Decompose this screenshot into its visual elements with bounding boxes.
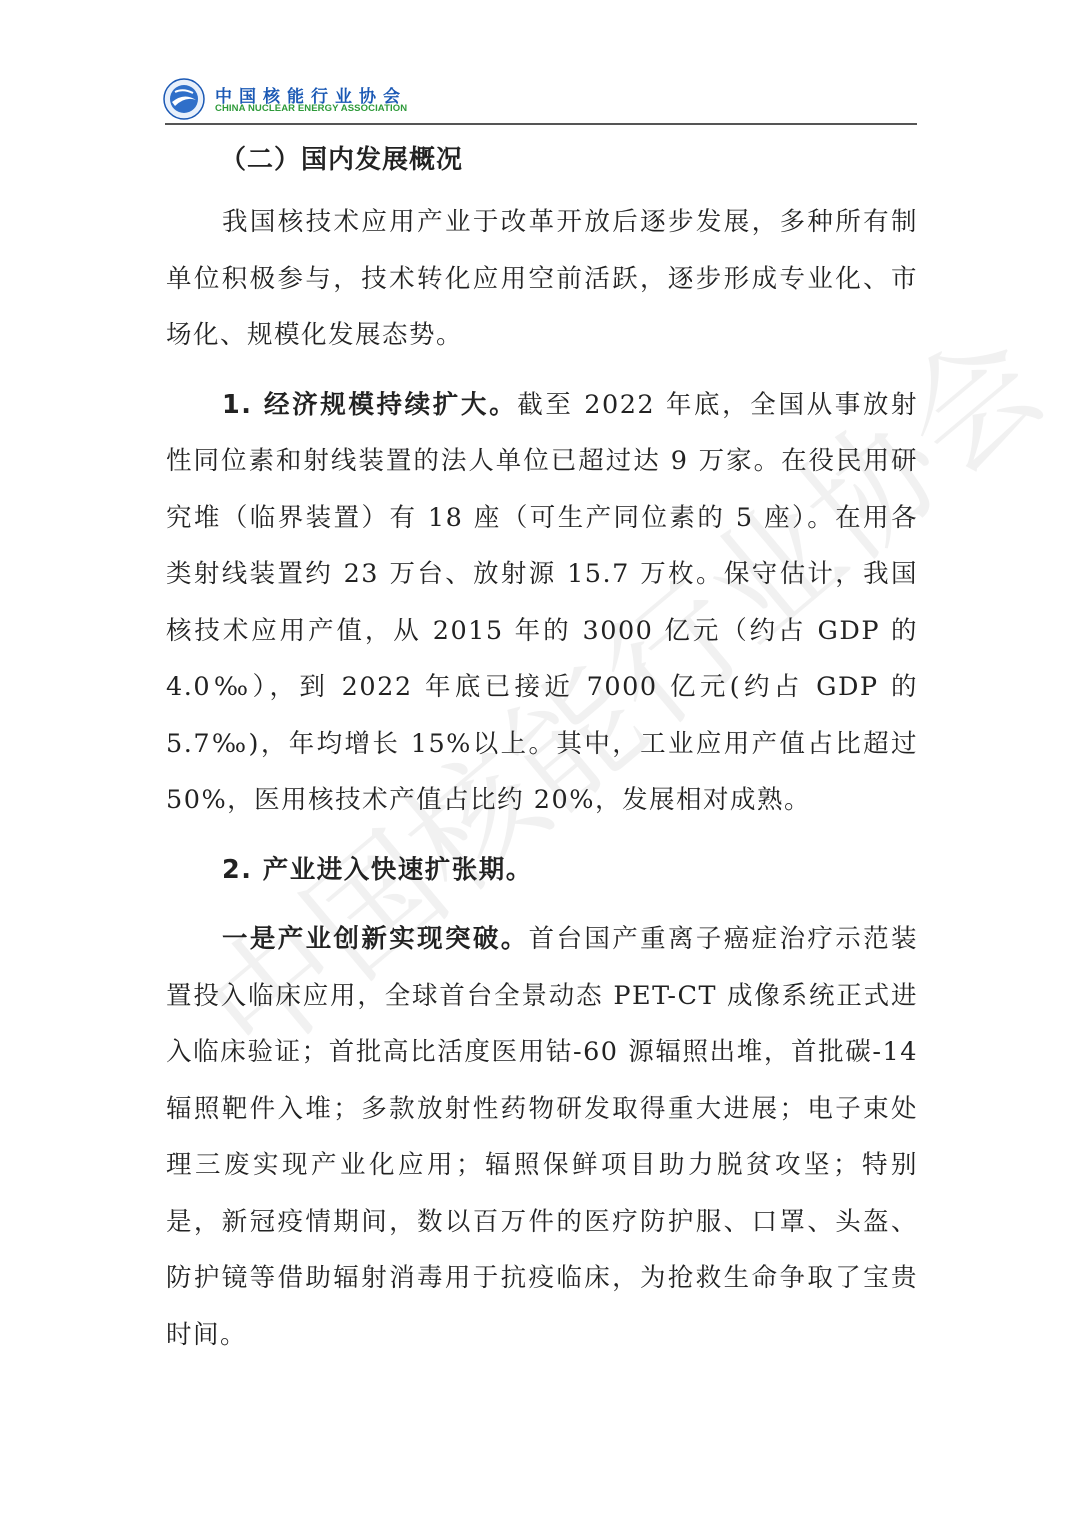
org-name-en: CHINA NUCLEAR ENERGY ASSOCIATION [215, 103, 407, 114]
document-body: （二）国内发展概况 我国核技术应用产业于改革开放后逐步发展，多种所有制单位积极参… [166, 138, 918, 1363]
page-header: 中国核能行业协会 CHINA NUCLEAR ENERGY ASSOCIATIO… [163, 76, 918, 124]
intro-paragraph: 我国核技术应用产业于改革开放后逐步发展，多种所有制单位积极参与，技术转化应用空前… [166, 194, 918, 364]
point1-paragraph: 1. 经济规模持续扩大。截至 2022 年底，全国从事放射性同位素和射线装置的法… [166, 377, 918, 829]
point2a-heading: 一是产业创新实现突破。 [222, 924, 529, 954]
point2-paragraph: 2. 产业进入快速扩张期。 [166, 842, 918, 899]
cnea-globe-logo-icon [163, 78, 205, 120]
header-divider [165, 123, 917, 125]
point1-heading: 1. 经济规模持续扩大。 [222, 390, 517, 420]
point2a-paragraph: 一是产业创新实现突破。首台国产重离子癌症治疗示范装置投入临床应用，全球首台全景动… [166, 911, 918, 1363]
point2a-body: 首台国产重离子癌症治疗示范装置投入临床应用，全球首台全景动态 PET-CT 成像… [166, 924, 918, 1350]
point1-body: 截至 2022 年底，全国从事放射性同位素和射线装置的法人单位已超过达 9 万家… [166, 390, 918, 816]
point2-heading: 2. 产业进入快速扩张期。 [222, 855, 533, 885]
section-title: （二）国内发展概况 [166, 138, 918, 182]
